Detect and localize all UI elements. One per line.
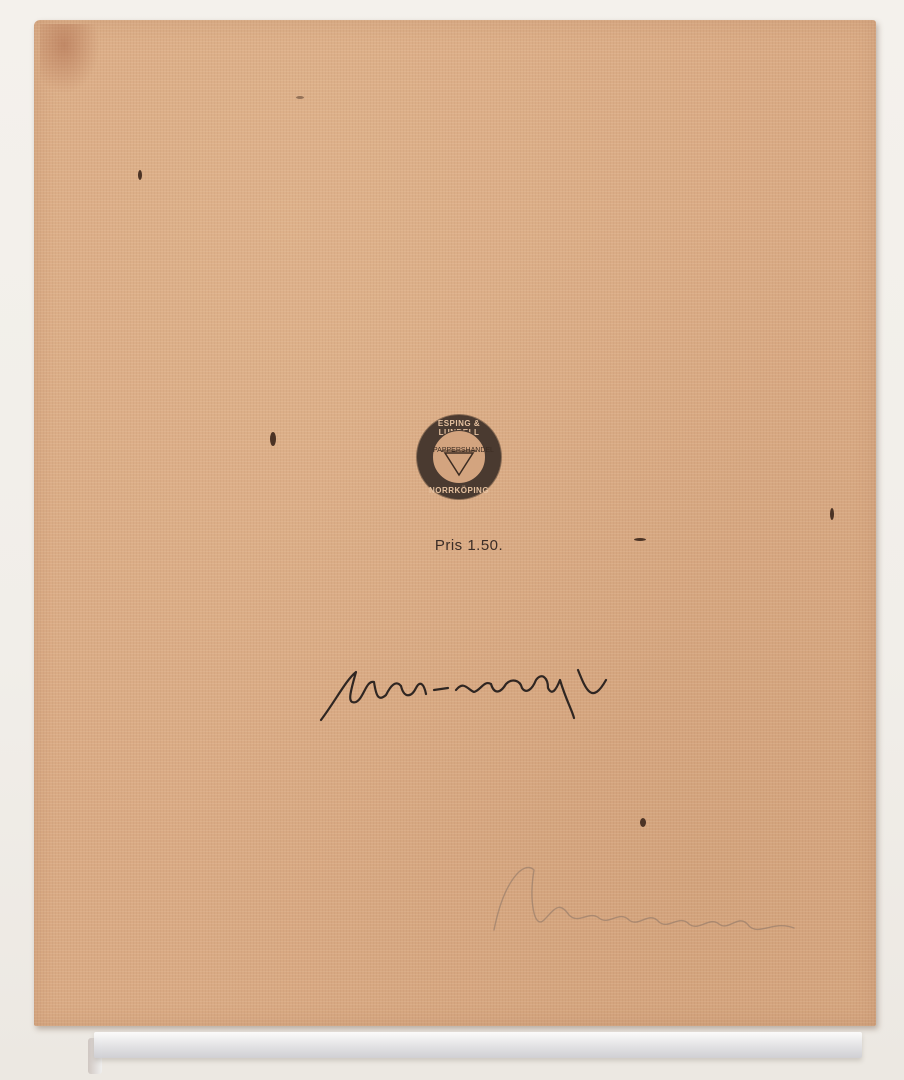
speck <box>138 170 142 180</box>
price-label: Pris 1.50. <box>419 537 519 554</box>
speck <box>296 96 304 99</box>
ink-signature <box>316 650 616 730</box>
stamp-bottom-text: NORRKÖPING <box>417 486 501 495</box>
acrylic-display-stand <box>94 1032 862 1058</box>
speck <box>830 508 834 520</box>
booklet-cover: ESPING & LUNDELL PAPPERSHANDEL NORRKÖPIN… <box>34 20 876 1026</box>
speck <box>634 538 646 541</box>
speck <box>640 818 646 827</box>
corner-stain <box>40 24 100 94</box>
stamp-inner-emblem: PAPPERSHANDEL <box>432 430 486 484</box>
pencil-handwriting <box>474 840 834 950</box>
stamp-triangle-icon <box>433 431 485 483</box>
publisher-stamp: ESPING & LUNDELL PAPPERSHANDEL NORRKÖPIN… <box>417 415 501 499</box>
speck <box>270 432 276 446</box>
